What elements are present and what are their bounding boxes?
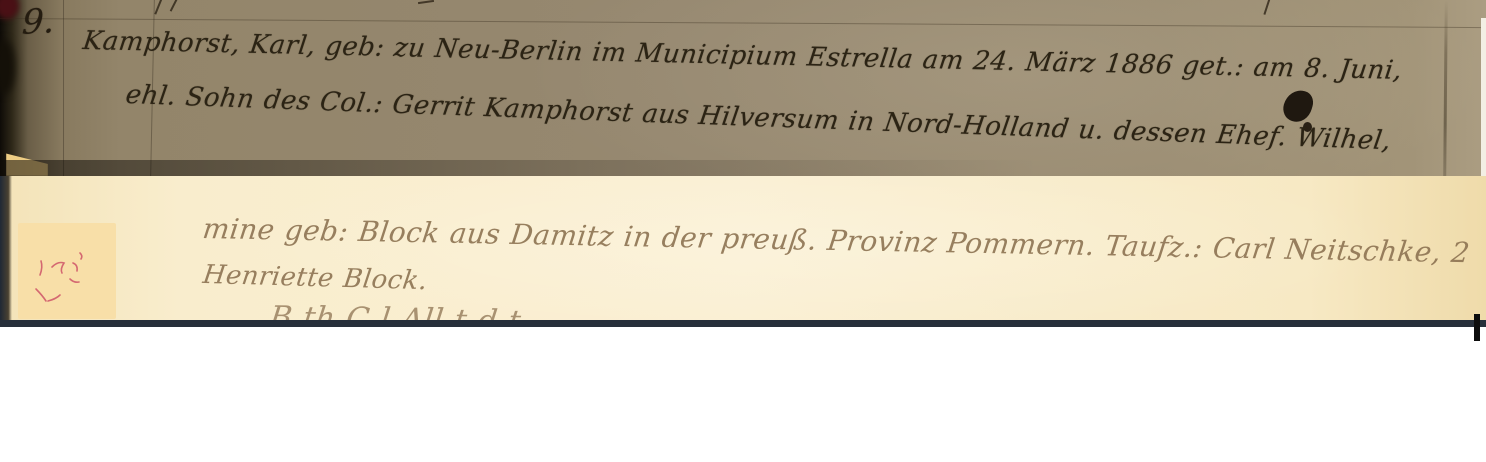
ink-smudge — [1280, 87, 1316, 125]
scan-bottom-border — [0, 320, 1486, 327]
scan-edge-tick — [1474, 314, 1480, 341]
column-rule-left — [63, 0, 64, 176]
cutoff-stroke — [170, 0, 179, 12]
page-edge-highlight — [1481, 18, 1486, 176]
binding-shadow-stain — [0, 40, 15, 94]
cutoff-stroke — [1263, 0, 1270, 15]
scanned-register-page: 9. Kamphorst, Karl, geb: zu Neu-Berlin i… — [0, 0, 1486, 462]
paper-corner-fragment — [6, 146, 48, 176]
entry-number: 9. — [21, 1, 56, 43]
record-line-3: mine geb: Block aus Damitz in der preuß.… — [201, 212, 1472, 269]
red-ink-marks — [18, 223, 116, 319]
ruled-line — [0, 18, 1486, 28]
cutoff-stroke — [418, 0, 434, 4]
record-line-1: Kamphorst, Karl, geb: zu Neu-Berlin im M… — [81, 26, 1404, 86]
page-fold-crease — [1443, 0, 1448, 176]
register-strip-top: 9. Kamphorst, Karl, geb: zu Neu-Berlin i… — [0, 0, 1486, 176]
record-line-4: Henriette Block. — [201, 260, 429, 296]
register-strip-bottom: mine geb: Block aus Damitz in der preuß.… — [0, 176, 1486, 327]
blank-margin — [0, 327, 1486, 462]
cutoff-stroke — [154, 0, 163, 15]
archive-label-patch — [18, 223, 116, 319]
record-line-2: ehl. Sohn des Col.: Gerrit Kamphorst aus… — [124, 80, 1393, 156]
binding-edge — [0, 176, 12, 327]
red-corner-stain — [0, 0, 19, 19]
